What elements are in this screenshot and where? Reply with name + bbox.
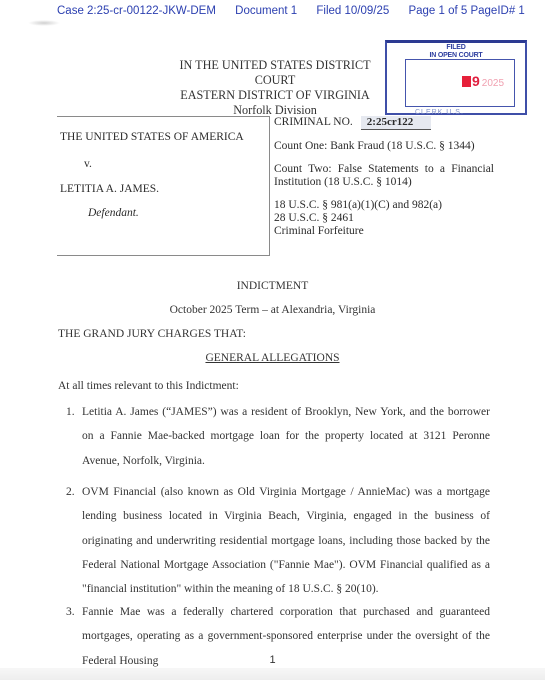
indictment-title: INDICTMENT <box>0 280 545 292</box>
page-info: Page 1 of 5 PageID# 1 <box>408 5 524 17</box>
forfeiture-statute-2: 28 U.S.C. § 2461 <box>274 212 494 225</box>
criminal-number-row: CRIMINAL NO. 2:25cr122 <box>274 116 494 130</box>
ecf-header: Case 2:25-cr-00122-JKW-DEM Document 1 Fi… <box>57 5 525 17</box>
paragraph-number: 3. <box>66 600 75 624</box>
forfeiture-label: Criminal Forfeiture <box>274 225 494 238</box>
count-one: Count One: Bank Fraud (18 U.S.C. § 1344) <box>274 140 494 153</box>
court-name: IN THE UNITED STATES DISTRICT COURT <box>160 58 390 88</box>
plaintiff-name: THE UNITED STATES OF AMERICA <box>60 131 244 143</box>
stamp-year: 2025 <box>482 78 504 89</box>
paragraph-text: OVM Financial (also known as Old Virgini… <box>82 486 490 595</box>
stamp-heading: FILED IN OPEN COURT <box>387 44 525 60</box>
charges-block: CRIMINAL NO. 2:25cr122 Count One: Bank F… <box>274 116 494 238</box>
criminal-number-field: 2:25cr122 <box>361 116 431 130</box>
court-heading: IN THE UNITED STATES DISTRICT COURT EAST… <box>160 58 390 118</box>
criminal-number-label: CRIMINAL NO. <box>274 116 353 129</box>
paragraph-number: 1. <box>66 400 75 424</box>
versus-label: v. <box>84 158 92 170</box>
redaction-block-icon <box>462 76 471 87</box>
defendant-label: Defendant. <box>88 207 139 219</box>
paragraph-1: 1. Letitia A. James (“JAMES”) was a resi… <box>82 400 490 473</box>
paragraph-2: 2. OVM Financial (also known as Old Virg… <box>82 480 490 601</box>
count-two: Count Two: False Statements to a Financi… <box>274 163 494 189</box>
document-number: Document 1 <box>235 5 297 17</box>
forfeiture-statute-1: 18 U.S.C. § 981(a)(1)(C) and 982(a) <box>274 199 494 212</box>
case-number: Case 2:25-cr-00122-JKW-DEM <box>57 5 216 17</box>
filed-date: Filed 10/09/25 <box>316 5 389 17</box>
term-line: October 2025 Term – at Alexandria, Virgi… <box>0 304 545 316</box>
stamp-clerk-label: CLERK U.S. <box>415 109 464 116</box>
scan-smudge <box>28 20 60 26</box>
district-name: EASTERN DISTRICT OF VIRGINIA <box>160 88 390 103</box>
page-edge <box>0 668 545 680</box>
stamp-day: 9 <box>472 73 480 89</box>
grand-jury-intro: THE GRAND JURY CHARGES THAT: <box>58 328 246 340</box>
stamp-date: 92025 <box>462 73 504 89</box>
defendant-name: LETITIA A. JAMES. <box>60 183 159 195</box>
relevant-times: At all times relevant to this Indictment… <box>58 380 239 392</box>
paragraph-number: 2. <box>66 480 75 504</box>
page-number: 1 <box>0 654 545 666</box>
stamp-date-box: 92025 <box>405 59 515 107</box>
paragraph-text: Letitia A. James (“JAMES”) was a residen… <box>82 406 490 467</box>
section-heading: GENERAL ALLEGATIONS <box>0 352 545 364</box>
stamp-filed-label: FILED <box>387 44 525 52</box>
case-caption-box: THE UNITED STATES OF AMERICA v. LETITIA … <box>57 116 270 256</box>
filed-stamp: FILED IN OPEN COURT 92025 CLERK U.S. <box>385 40 527 115</box>
